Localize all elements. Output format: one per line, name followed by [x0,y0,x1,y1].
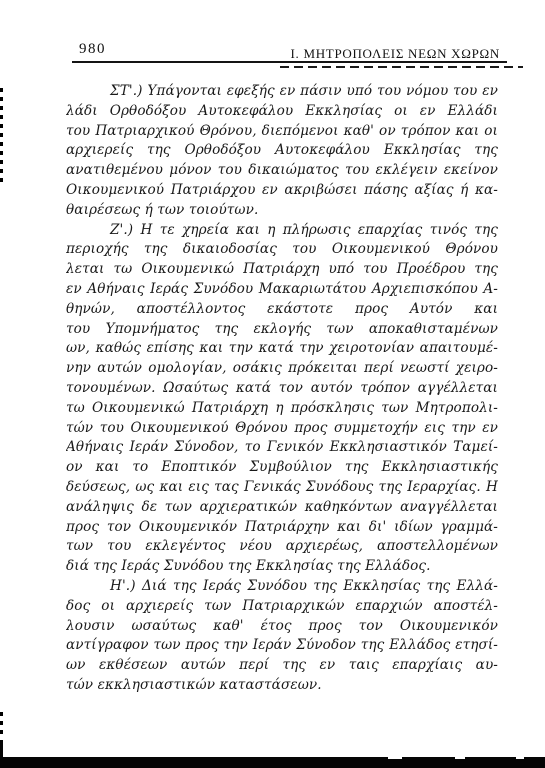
manuscript-line: Αθήναις Ιεράν Σύνοδον, το Γενικόν Εκκλησ… [66,438,498,458]
manuscript-line: δεύσεως, ως και εις τας Γενικάς Συνόδους… [66,478,498,498]
manuscript-line: δος οι αρχιερείς των Πατριαρχικών επαρχι… [66,597,498,617]
running-title: Ι. ΜΗΤΡΟΠΟΛΕΙΣ ΝΕΩΝ ΧΩΡΩΝ [291,46,500,62]
manuscript-text: ΣΤ'.) Υπάγονται εφεξής εν πάσιν υπό του … [66,82,498,696]
header-rule [72,61,507,63]
manuscript-line: ΣΤ'.) Υπάγονται εφεξής εν πάσιν υπό του … [66,82,498,102]
manuscript-line: θαιρέσεως ή των τοιούτων. [66,201,498,221]
scan-bottom-bar [0,757,545,768]
manuscript-line: ανατιθεμένου μόνον του δικαιώματος του ε… [66,161,498,181]
manuscript-line: του Πατριαρχικού Θρόνου, διεπόμενοι καθ'… [66,122,498,142]
manuscript-line: νην αυτών ομολογίαν, οσάκις πρόκειται πε… [66,359,498,379]
manuscript-line: λάδι Ορθοδόξου Αυτοκεφάλου Εκκλησίας οι … [66,102,498,122]
manuscript-line: των του εκλεγέντος νέου αρχιερέως, αποστ… [66,537,498,557]
manuscript-line: ων εκθέσεων αυτών περί της εν ταις επαρχ… [66,656,498,676]
manuscript-line: ον και το Εποπτικόν Συμβούλιον της Εκκλη… [66,458,498,478]
manuscript-line: ων, καθώς επίσης και την κατά την χειροτ… [66,339,498,359]
manuscript-line: Ζ'.) Η τε χηρεία και η πλήρωσις επαρχίας… [66,221,498,241]
manuscript-line: τών εκκλησιαστικών καταστάσεων. [66,676,498,696]
manuscript-line: Οικουμενικού Πατριάρχου εν ακριβώσει πάσ… [66,181,498,201]
scan-edge-marks-top [0,88,3,184]
manuscript-line: θηνών, αποστέλλοντος εκάστοτε προς Αυτόν… [66,300,498,320]
manuscript-line: Η'.) Διά της Ιεράς Συνόδου της Εκκλησίας… [66,577,498,597]
header-rule-scan-artifact [280,66,523,68]
scanned-document-page: 980 Ι. ΜΗΤΡΟΠΟΛΕΙΣ ΝΕΩΝ ΧΩΡΩΝ ΣΤ'.) Υπάγ… [0,0,545,768]
manuscript-line: τονουμένων. Ωσαύτως κατά τον αυτόν τρόπο… [66,379,498,399]
manuscript-line: του Υπομνήματος της εκλογής των αποκαθισ… [66,320,498,340]
page-number: 980 [79,41,106,58]
manuscript-line: προς τον Οικουμενικόν Πατριάρχην και δι'… [66,518,498,538]
scan-bar-notch [455,757,465,759]
scan-bar-notch [388,757,402,759]
manuscript-line: περιοχής της δικαιοδοσίας του Οικουμενικ… [66,240,498,260]
manuscript-line: τών του Οικουμενικού Θρόνου προς συμμετο… [66,419,498,439]
manuscript-line: αντίγραφον των προς την Ιεράν Σύνοδον τη… [66,636,498,656]
manuscript-line: λεται τω Οικουμενικώ Πατριάρχη υπό του Π… [66,260,498,280]
scan-edge-marks-bottom [0,712,3,738]
manuscript-line: ανάληψις δε των αρχιερατικών καθηκόντων … [66,498,498,518]
manuscript-line: λουσιν ωσαύτως καθ' έτος προς τον Οικουμ… [66,617,498,637]
manuscript-line: διά της Ιεράς Συνόδου της Εκκλησίας της … [66,557,498,577]
manuscript-line: αρχιερείς της Ορθοδόξου Αυτοκεφάλου Εκκλ… [66,141,498,161]
scan-bar-notch [516,757,524,759]
scan-edge-nub [0,740,3,758]
manuscript-line: εν Αθήναις Ιεράς Συνόδου Μακαριωτάτου Αρ… [66,280,498,300]
manuscript-line: τω Οικουμενικώ Πατριάρχη η πρόσκλησις τω… [66,399,498,419]
